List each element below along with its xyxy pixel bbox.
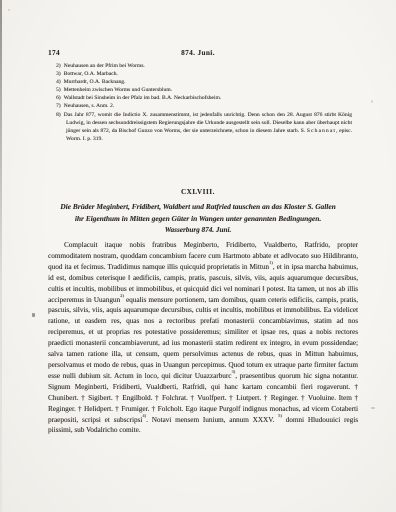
scan-speck: [8, 9, 10, 11]
footnote-number: 3): [56, 71, 61, 77]
footnote-text: Mettenheim zwischen Worms und Guntersblu…: [64, 87, 172, 93]
footnote-number: 7): [56, 103, 61, 109]
footnote-item: 4)Murrhardt, O.A. Backnang.: [56, 78, 352, 86]
charter-body: Complacuit itaque nobis fratribus Meginb…: [48, 240, 358, 436]
footnote-ref-3: 3): [231, 369, 235, 374]
footnote-number: 4): [56, 79, 61, 85]
footnotes-block: 2)Neuhausen an der Pfrim bei Worms. 3)Bo…: [56, 62, 352, 143]
footnote-item: 7)Neuhausen, s. Anm. 2.: [56, 102, 352, 110]
charter-title-line1: Die Brüder Meginbert, Fridibert, Waldber…: [24, 201, 372, 213]
scan-speck: [32, 313, 35, 317]
footnote-number: 2): [56, 63, 61, 69]
page-header: 174 874. Juni.: [0, 49, 396, 59]
footnote-author-name: Schannat: [307, 128, 336, 134]
footnote-text: Bottwar, O.A. Marbach.: [64, 71, 118, 77]
footnote-text: Wallstadt bei Sinsheim in der Pfalz im b…: [64, 95, 222, 101]
charter-title: Die Brüder Meginbert, Fridibert, Waldber…: [24, 201, 372, 224]
scan-edge-artifact: [0, 0, 2, 512]
charter-title-line2: ihr Eigenthum in Mitten gegen Güter in W…: [24, 213, 372, 225]
footnote-ref-2: 2): [120, 293, 124, 298]
scanned-book-page: 174 874. Juni. 2)Neuhausen an der Pfrim …: [0, 0, 396, 512]
running-title: 874. Juni.: [0, 49, 396, 57]
footnote-item: 3)Bottwar, O.A. Marbach.: [56, 70, 352, 78]
scan-speck: [371, 100, 373, 103]
footnote-item: 5)Mettenheim zwischen Worms und Guntersb…: [56, 86, 352, 94]
footnote-item: 6)Wallstadt bei Sinsheim in der Pfalz im…: [56, 94, 352, 102]
charter-number: CXLVIII.: [0, 188, 396, 196]
footnote-number: 6): [56, 95, 61, 101]
body-text-run: . Notavi mensem Iunium, annum XXXV.: [146, 416, 278, 424]
footnote-number: 8): [56, 112, 61, 118]
footnote-text: Murrhardt, O.A. Backnang.: [64, 79, 126, 85]
body-text-run: equalis mensure portionem, tam domibus, …: [48, 296, 358, 380]
footnote-item: 2)Neuhausen an der Pfrim bei Worms.: [56, 62, 352, 70]
footnote-text: Neuhausen, s. Anm. 2.: [64, 103, 115, 109]
footnote-ref-5: 5): [278, 413, 282, 418]
footnote-ref-1: 1): [269, 260, 273, 265]
charter-dateline: Wasserburg 874. Juni.: [0, 226, 396, 234]
footnote-number: 5): [56, 87, 61, 93]
scan-speck: [371, 407, 375, 409]
footnote-text: Neuhausen an der Pfrim bei Worms.: [64, 63, 145, 69]
footnote-ref-4: 4): [142, 413, 146, 418]
footnote-item: 8)Das Jahr 877, womit die Indictio X. zu…: [56, 111, 352, 143]
